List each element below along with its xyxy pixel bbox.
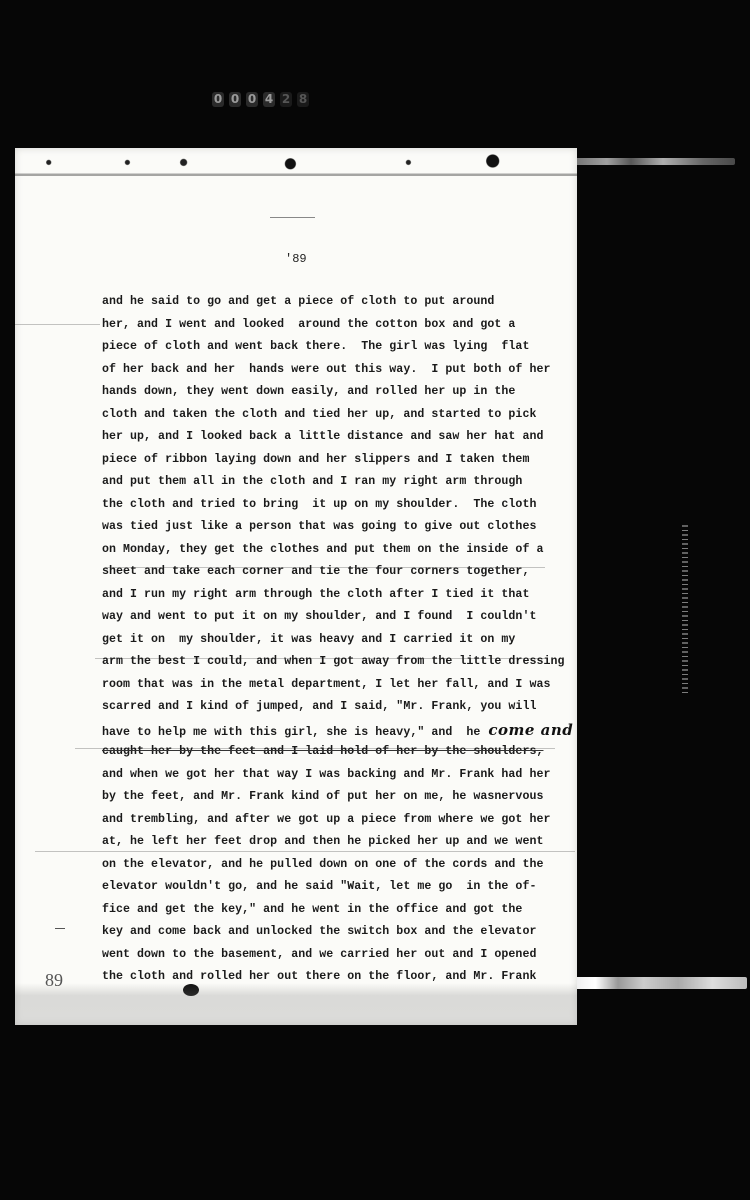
text-line: key and come back and unlocked the switc… (102, 921, 572, 944)
microfilm-scan: 0 0 0 4 2 8 '89 and he said to go and ge… (0, 0, 750, 1200)
text-line: and he said to go and get a piece of clo… (102, 291, 572, 314)
text-line: way and went to put it on my shoulder, a… (102, 606, 572, 629)
film-scratch-bottom (575, 977, 747, 989)
struck-through-line: caught her by the feet and I laid hold o… (102, 741, 572, 764)
page-bottom-damage (15, 983, 577, 1025)
margin-rule (15, 324, 100, 325)
text-line: arm the best I could, and when I got awa… (102, 651, 572, 674)
text-line: and trembling, and after we got up a pie… (102, 809, 572, 832)
text-line: get it on my shoulder, it was heavy and … (102, 629, 572, 652)
text-line: hands down, they went down easily, and r… (102, 381, 572, 404)
text-line: on the elevator, and he pulled down on o… (102, 854, 572, 877)
text-line: cloth and taken the cloth and tied her u… (102, 404, 572, 427)
text-line: elevator wouldn't go, and he said "Wait,… (102, 876, 572, 899)
text-line: of her back and her hands were out this … (102, 359, 572, 382)
text-line: fice and get the key," and he went in th… (102, 899, 572, 922)
text-line: by the feet, and Mr. Frank kind of put h… (102, 786, 572, 809)
film-speckle (682, 525, 688, 695)
stamp-digit: 0 (246, 92, 258, 107)
text-line: at, he left her feet drop and then he pi… (102, 831, 572, 854)
stamp-digit: 8 (297, 92, 309, 107)
text-line: went down to the basement, and we carrie… (102, 944, 572, 967)
text-line: the cloth and tried to bring it up on my… (102, 494, 572, 517)
header-rule (270, 217, 315, 218)
text-line: her up, and I looked back a little dista… (102, 426, 572, 449)
stamp-digit: 0 (229, 92, 241, 107)
text-line: scarred and I kind of jumped, and I said… (102, 696, 572, 719)
text-line-with-insertion: have to help me with this girl, she is h… (102, 719, 572, 742)
text-line: and I run my right arm through the cloth… (102, 584, 572, 607)
page-top-damage (15, 154, 577, 182)
text-line: and put them all in the cloth and I ran … (102, 471, 572, 494)
text-line: room that was in the metal department, I… (102, 674, 572, 697)
stamp-digit: 4 (263, 92, 275, 107)
stamp-digit: 2 (280, 92, 292, 107)
handwritten-insertion: come and (488, 721, 573, 739)
page-number: '89 (285, 252, 307, 266)
transcript-page: '89 and he said to go and get a piece of… (15, 148, 577, 1025)
frame-number-stamp: 0 0 0 4 2 8 (212, 92, 309, 107)
text-line: have to help me with this girl, she is h… (102, 726, 480, 739)
text-line: was tied just like a person that was goi… (102, 516, 572, 539)
text-line: piece of cloth and went back there. The … (102, 336, 572, 359)
stamp-digit: 0 (212, 92, 224, 107)
text-line: her, and I went and looked around the co… (102, 314, 572, 337)
film-scratch-top (575, 158, 735, 165)
margin-tick-mark (55, 928, 65, 929)
text-line: on Monday, they get the clothes and put … (102, 539, 572, 562)
text-line: piece of ribbon laying down and her slip… (102, 449, 572, 472)
testimony-text: and he said to go and get a piece of clo… (102, 291, 572, 989)
text-line: sheet and take each corner and tie the f… (102, 561, 572, 584)
text-line: and when we got her that way I was backi… (102, 764, 572, 787)
